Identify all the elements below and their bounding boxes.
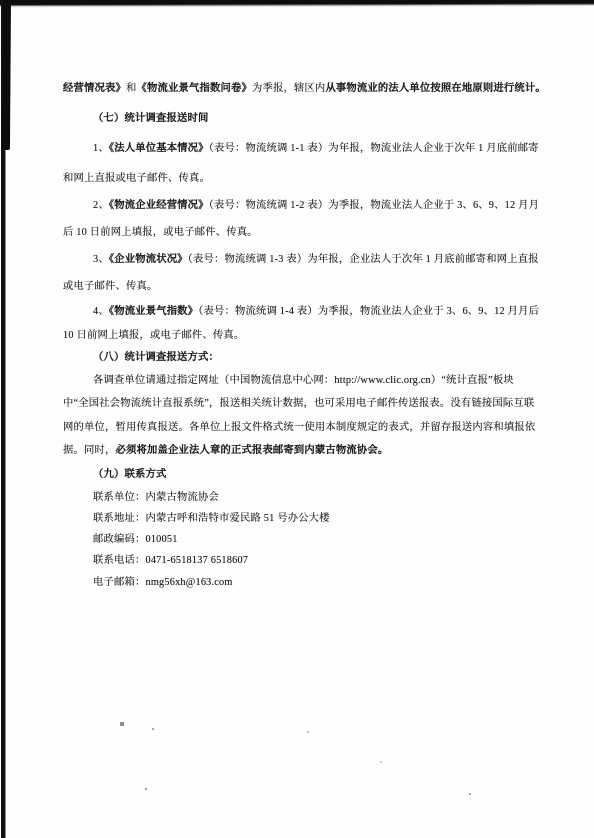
text-segment: 后 10 日前网上填报，或电子邮件、传真。 bbox=[63, 227, 258, 238]
text-line-item-2: 2、《物流企业经营情况》（表号：物流统调 1-2 表）为季报，物流业法人企业于 … bbox=[93, 199, 539, 212]
text-segment: 4、 bbox=[93, 306, 109, 317]
text-segment: 邮政编码：010051 bbox=[93, 534, 178, 545]
text-line-item-3: 3、《企业物流状况》（表号：物流统调 1-3 表）为年报，企业法人于次年 1 月… bbox=[93, 253, 539, 266]
text-segment: 和 bbox=[126, 83, 137, 94]
text-segment: 联系单位：内蒙古物流协会 bbox=[93, 492, 219, 503]
contact-postcode-line: 邮政编码：010051 bbox=[93, 533, 178, 546]
text-segment-emphasis: 必须将加盖企业法人章的正式报表邮寄到内蒙古物流协会。 bbox=[115, 445, 388, 456]
text-segment: （表号：物流统调 1-3 表）为年报，企业法人于次年 1 月底前邮寄和网上直报 bbox=[188, 254, 539, 265]
text-segment: （七）统计调查报送时间 bbox=[93, 113, 208, 124]
section-heading-9: （九）联系方式 bbox=[93, 468, 166, 481]
text-segment: 联系电话：0471-6518137 6518607 bbox=[93, 555, 248, 566]
book-title: 《物流业景气指数》 bbox=[109, 306, 198, 317]
text-segment: 联系地址：内蒙古呼和浩特市爱民路 51 号办公大楼 bbox=[93, 513, 330, 524]
book-title: 《企业物流状况》 bbox=[109, 254, 188, 265]
text-line: 据。同时，必须将加盖企业法人章的正式报表邮寄到内蒙古物流协会。 bbox=[63, 444, 388, 457]
text-segment: 网的单位，暂用传真报送。各单位上报文件格式统一使用本制度规定的表式，并留存报送内… bbox=[63, 422, 535, 433]
text-segment: 电子邮箱：nmg56xh@163.com bbox=[93, 577, 233, 588]
text-segment: 1、 bbox=[93, 143, 109, 154]
text-segment: 2、 bbox=[93, 200, 109, 211]
text-segment: 据。同时， bbox=[63, 445, 115, 456]
text-segment: （表号：物流统调 1-1 表）为年报，物流业法人企业于次年 1 月底前邮寄 bbox=[209, 143, 539, 154]
text-line: 10 日前网上填报，或电子邮件、传真。 bbox=[63, 329, 244, 342]
text-segment: （表号：物流统调 1-4 表）为季报，物流业法人企业于 3、6、9、12 月月后 bbox=[198, 306, 539, 317]
text-line-item-4: 4、《物流业景气指数》（表号：物流统调 1-4 表）为季报，物流业法人企业于 3… bbox=[93, 305, 539, 318]
text-line-continuation: 经营情况表》和《物流业景气指数问卷》为季报，辖区内从事物流业的法人单位按照在地原… bbox=[63, 82, 546, 95]
text-segment: （表号：物流统调 1-2 表）为季报，物流业法人企业于 3、6、9、12 月月 bbox=[209, 200, 539, 211]
scanned-document-page: 经营情况表》和《物流业景气指数问卷》为季报，辖区内从事物流业的法人单位按照在地原… bbox=[0, 0, 594, 838]
contact-email-line: 电子邮箱：nmg56xh@163.com bbox=[93, 576, 233, 589]
text-line: 各调查单位请通过指定网址（中国物流信息中心网：http://www.clic.o… bbox=[93, 374, 514, 387]
text-segment: 经营情况表》 bbox=[63, 83, 126, 94]
text-line: 后 10 日前网上填报，或电子邮件、传真。 bbox=[63, 226, 258, 239]
text-segment: 为季报，辖区内 bbox=[252, 83, 325, 94]
book-title: 《物流企业经营情况》 bbox=[109, 200, 209, 211]
text-segment: 10 日前网上填报，或电子邮件、传真。 bbox=[63, 330, 244, 341]
scan-speckles bbox=[0, 0, 2, 2]
text-segment: （八）统计调查报送方式： bbox=[93, 352, 219, 363]
text-segment: 3、 bbox=[93, 254, 109, 265]
scan-edge-left-top bbox=[2, 0, 11, 150]
contact-address-line: 联系地址：内蒙古呼和浩特市爱民路 51 号办公大楼 bbox=[93, 512, 330, 525]
section-heading-8: （八）统计调查报送方式： bbox=[93, 351, 219, 364]
text-segment: 从事物流业的法人单位按照在地原则进行统计。 bbox=[325, 83, 545, 94]
book-title: 《法人单位基本情况》 bbox=[109, 143, 209, 154]
text-line: 网的单位，暂用传真报送。各单位上报文件格式统一使用本制度规定的表式，并留存报送内… bbox=[63, 421, 535, 434]
scan-edge-top bbox=[0, 0, 594, 5]
text-segment: 中“全国社会物流统计直报系统”，报送相关统计数据，也可采用电子邮件传送报表。没有… bbox=[63, 398, 534, 409]
text-segment: （九）联系方式 bbox=[93, 469, 166, 480]
section-heading-7: （七）统计调查报送时间 bbox=[93, 112, 208, 125]
text-segment: 各调查单位请通过指定网址（中国物流信息中心网：http://www.clic.o… bbox=[93, 375, 514, 386]
text-line: 中“全国社会物流统计直报系统”，报送相关统计数据，也可采用电子邮件传送报表。没有… bbox=[63, 397, 534, 410]
text-line: 或电子邮件、传真。 bbox=[63, 280, 157, 293]
contact-unit-line: 联系单位：内蒙古物流协会 bbox=[93, 491, 219, 504]
text-line: 和网上直报或电子邮件、传真。 bbox=[63, 172, 210, 185]
text-line-item-1: 1、《法人单位基本情况》（表号：物流统调 1-1 表）为年报，物流业法人企业于次… bbox=[93, 142, 539, 155]
text-segment: 或电子邮件、传真。 bbox=[63, 281, 157, 292]
text-segment: 和网上直报或电子邮件、传真。 bbox=[63, 173, 210, 184]
contact-phone-line: 联系电话：0471-6518137 6518607 bbox=[93, 554, 248, 567]
text-segment: 《物流业景气指数问卷》 bbox=[136, 83, 251, 94]
